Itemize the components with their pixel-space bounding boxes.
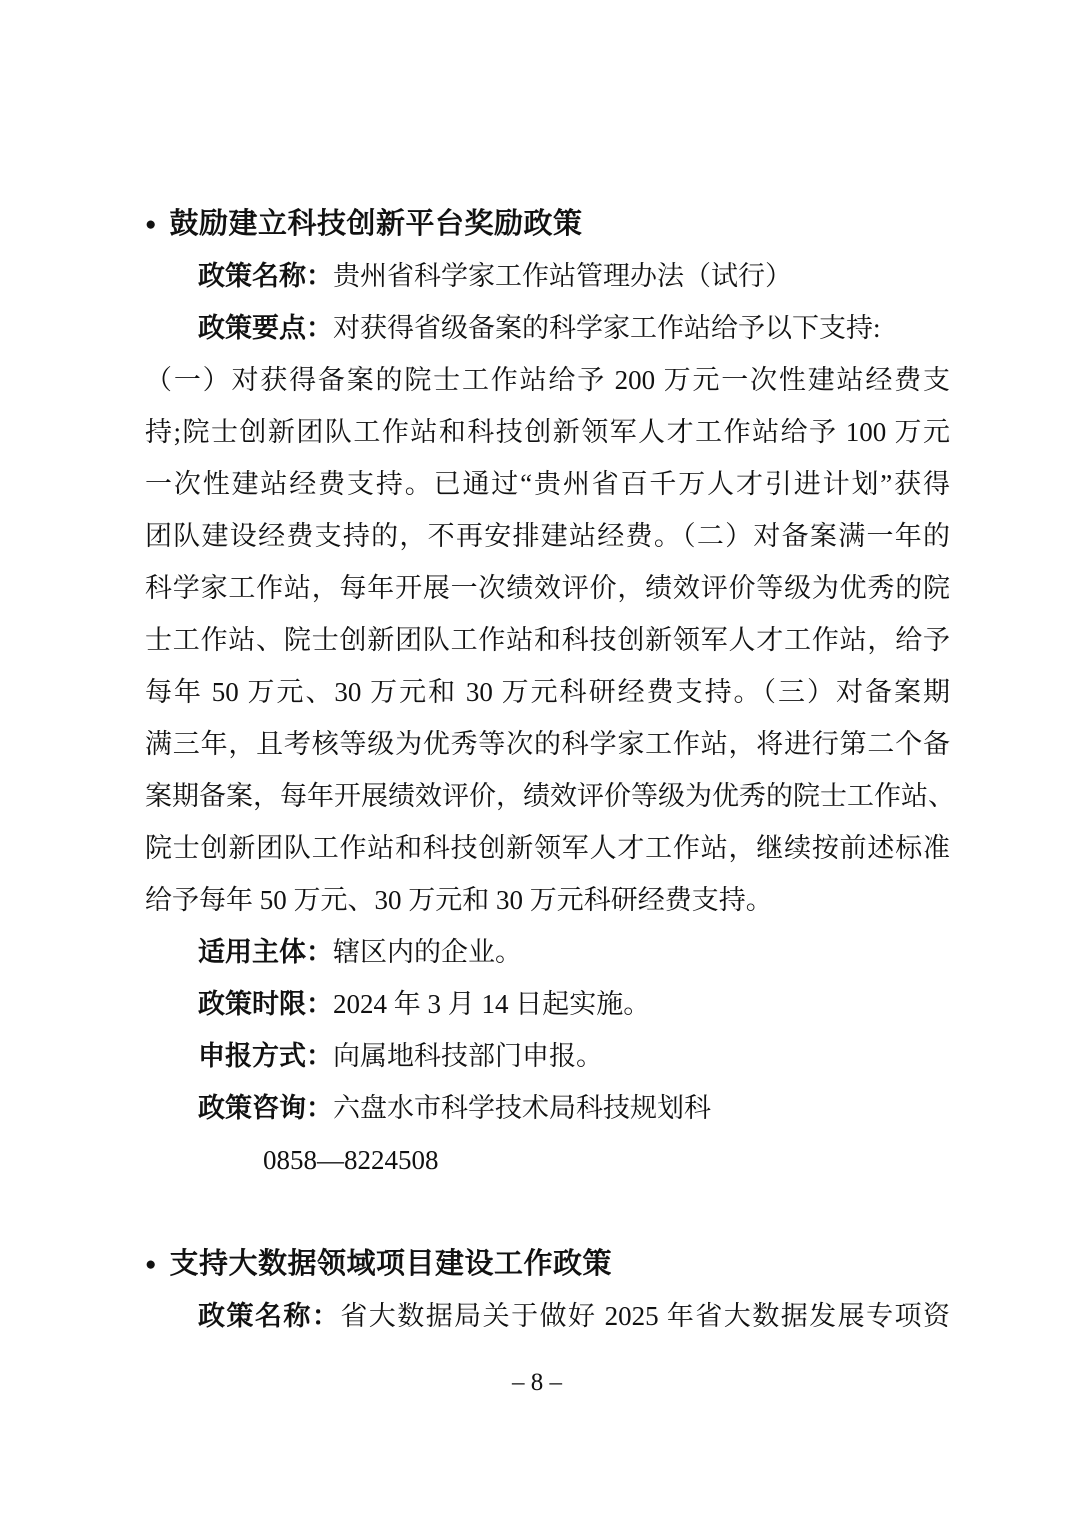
body-line: 院士创新团队工作站和科技创新领军人才工作站，继续按前述标准 [145,822,950,874]
apply-line: 申报方式：向属地科技部门申报。 [145,1030,950,1082]
apply-value: 向属地科技部门申报。 [333,1041,603,1071]
section1-policy-points-line: 政策要点：对获得省级备案的科学家工作站给予以下支持: [145,302,950,354]
body-line: 给予每年 50 万元、30 万元和 30 万元科研经费支持。 [145,874,950,926]
body-line: 一次性建站经费支持。已通过“贵州省百千万人才引进计划”获得 [145,458,950,510]
time-line: 政策时限：2024 年 3 月 14 日起实施。 [145,978,950,1030]
policy-points-intro: 对获得省级备案的科学家工作站给予以下支持: [333,313,881,343]
consult-phone-line: 0858—8224508 [145,1134,950,1186]
subject-line: 适用主体：辖区内的企业。 [145,926,950,978]
body-line: 每年 50 万元、30 万元和 30 万元科研经费支持。（三）对备案期 [145,666,950,718]
document-content: ●鼓励建立科技创新平台奖励政策 政策名称：贵州省科学家工作站管理办法（试行） 政… [145,198,950,1342]
section1-policy-name-line: 政策名称：贵州省科学家工作站管理办法（试行） [145,250,950,302]
body-line: 科学家工作站，每年开展一次绩效评价，绩效评价等级为优秀的院 [145,562,950,614]
blank-line [145,1186,950,1238]
section2-title: 支持大数据领域项目建设工作政策 [169,1248,612,1280]
apply-label: 申报方式： [198,1041,333,1071]
section1-title: 鼓励建立科技创新平台奖励政策 [169,208,582,240]
policy-name-value: 省大数据局关于做好 2025 年省大数据发展专项资 [340,1301,950,1331]
time-value: 2024 年 3 月 14 日起实施。 [333,989,650,1019]
policy-name-label: 政策名称： [198,1301,340,1331]
policy-name-label: 政策名称： [198,261,333,291]
body-line: 满三年，且考核等级为优秀等次的科学家工作站，将进行第二个备 [145,718,950,770]
section2-policy-name-line: 政策名称：省大数据局关于做好 2025 年省大数据发展专项资 [145,1290,950,1342]
page-number: – 8 – [0,1368,1074,1398]
body-line: 持;院士创新团队工作站和科技创新领军人才工作站给予 100 万元 [145,406,950,458]
body-line: 团队建设经费支持的，不再安排建站经费。（二）对备案满一年的 [145,510,950,562]
bullet-icon: ● [145,199,156,251]
consult-value: 六盘水市科学技术局科技规划科 [333,1093,711,1123]
body-line: 士工作站、院士创新团队工作站和科技创新领军人才工作站，给予 [145,614,950,666]
document-page: ●鼓励建立科技创新平台奖励政策 政策名称：贵州省科学家工作站管理办法（试行） 政… [0,0,1074,1520]
policy-name-value: 贵州省科学家工作站管理办法（试行） [333,261,792,291]
body-line: 案期备案，每年开展绩效评价，绩效评价等级为优秀的院士工作站、 [145,770,950,822]
consult-label: 政策咨询： [198,1093,333,1123]
section2-title-line: ●支持大数据领域项目建设工作政策 [145,1238,950,1290]
subject-label: 适用主体： [198,937,333,967]
section1-title-line: ●鼓励建立科技创新平台奖励政策 [145,198,950,250]
body-line: （一）对获得备案的院士工作站给予 200 万元一次性建站经费支 [145,354,950,406]
consult-line: 政策咨询：六盘水市科学技术局科技规划科 [145,1082,950,1134]
subject-value: 辖区内的企业。 [333,937,522,967]
time-label: 政策时限： [198,989,333,1019]
consult-phone: 0858—8224508 [263,1145,439,1175]
policy-points-label: 政策要点： [198,313,333,343]
bullet-icon: ● [145,1239,156,1291]
